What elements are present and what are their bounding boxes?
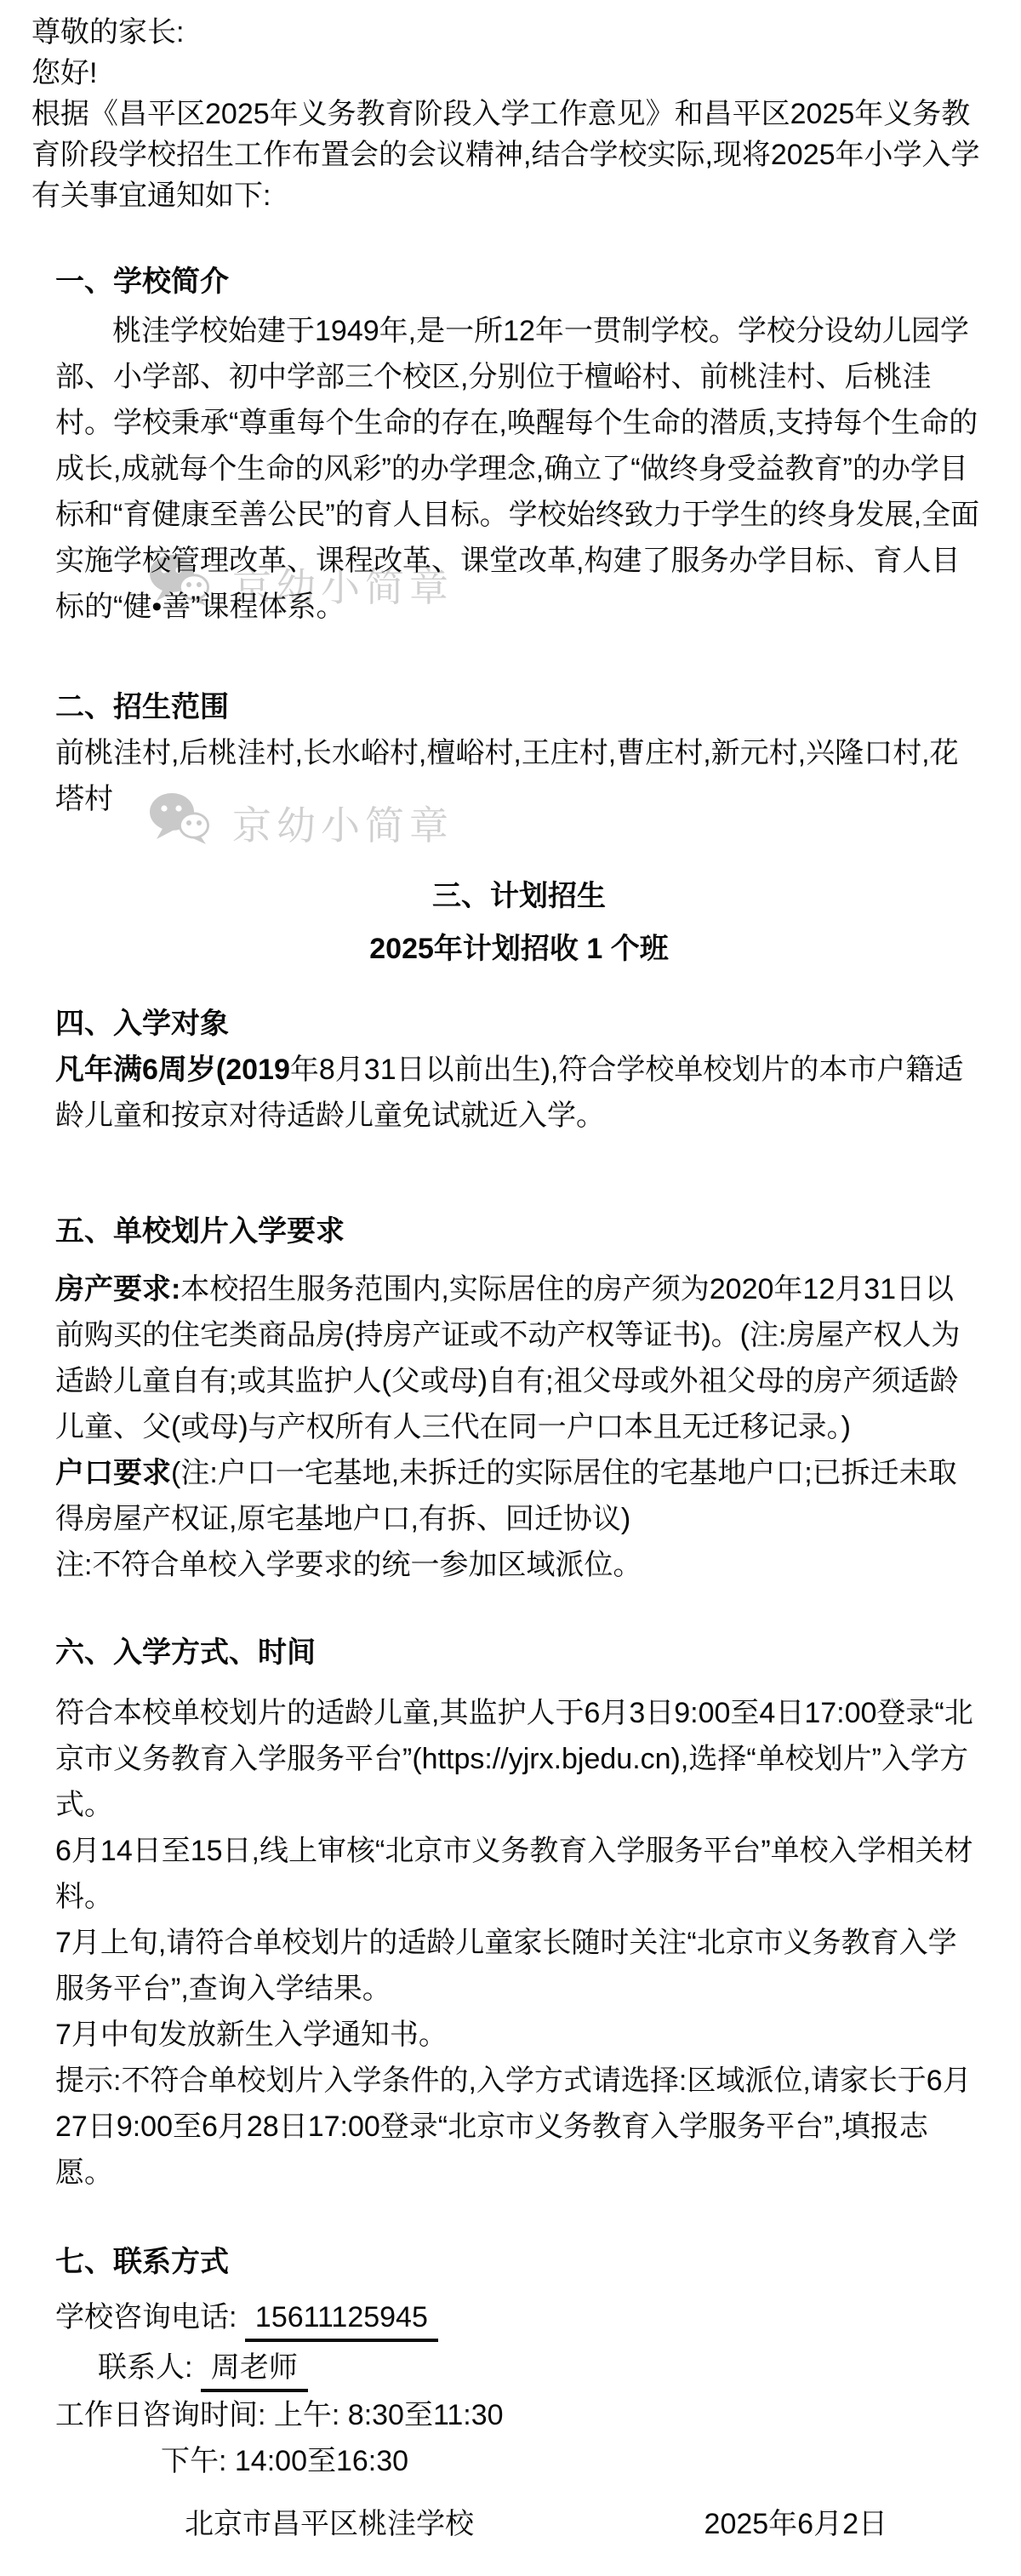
greeting: 您好! (31, 53, 990, 94)
section-heading-6: 六、入学方式、时间 (55, 1630, 983, 1676)
section-3-body: 2025年计划招收 1 个班 (55, 926, 983, 972)
notice-body: 一、学校简介 桃洼学校始建于1949年,是一所12年一贯制学校。学校分设幼儿园学… (0, 259, 1021, 2576)
property-requirement: 房产要求:本校招生服务范围内,实际居住的房产须为2020年12月31日以前购买的… (55, 1266, 983, 1450)
section-heading-5: 五、单校划片入学要求 (55, 1208, 983, 1254)
property-requirement-label: 房产要求: (55, 1273, 180, 1305)
contact-label: 联系人: (98, 2351, 192, 2384)
notice-document: 尊敬的家长: 您好! 根据《昌平区2025年义务教育阶段入学工作意见》和昌平区2… (0, 0, 1021, 2576)
enrollment-step-2: 6月14日至15日,线上审核“北京市义务教育入学服务平台”单校入学相关材料。 (55, 1828, 983, 1920)
section-heading-2: 二、招生范围 (55, 684, 983, 730)
section-heading-4: 四、入学对象 (55, 1001, 983, 1047)
section-heading-3: 三、计划招生 (55, 873, 983, 919)
age-requirement-bold: 凡年满6周岁(2019 (55, 1054, 290, 1086)
section-2-body: 前桃洼村,后桃洼村,长水峪村,檀峪村,王庄村,曹庄村,新元村,兴隆口村,花塔村 (55, 730, 983, 822)
enrollment-step-1: 符合本校单校划片的适龄儿童,其监护人于6月3日9:00至4日17:00登录“北京… (55, 1690, 983, 1828)
contact-line: 联系人: 周老师 (55, 2345, 983, 2392)
phone-number: 15611125945 (245, 2299, 438, 2342)
notice-date: 2025年6月2日 (704, 2501, 887, 2547)
hukou-requirement-text: (注:户口一宅基地,未拆迁的实际居住的宅基地户口;已拆迁未取得房屋产权证,原宅基… (55, 1457, 957, 1535)
school-name: 北京市昌平区桃洼学校 (185, 2501, 474, 2547)
salutation: 尊敬的家长: (31, 12, 990, 53)
hours-line-2: 下午: 14:00至16:30 (55, 2438, 983, 2484)
section-heading-1: 一、学校简介 (55, 259, 983, 305)
enrollment-step-4: 7月中旬发放新生入学通知书。 (55, 2012, 983, 2058)
enrollment-tip: 提示:不符合单校划片入学条件的,入学方式请选择:区域派位,请家长于6月27日9:… (55, 2058, 983, 2196)
phone-label: 学校咨询电话: (55, 2301, 237, 2333)
section-1-body: 桃洼学校始建于1949年,是一所12年一贯制学校。学校分设幼儿园学部、小学部、初… (55, 308, 983, 630)
section-5-note: 注:不符合单校入学要求的统一参加区域派位。 (55, 1542, 983, 1588)
contact-person: 周老师 (201, 2349, 308, 2392)
phone-line: 学校咨询电话: 15611125945 (55, 2294, 983, 2342)
intro-block: 尊敬的家长: 您好! 根据《昌平区2025年义务教育阶段入学工作意见》和昌平区2… (0, 0, 1021, 216)
signature-row: 北京市昌平区桃洼学校 2025年6月2日 (55, 2501, 983, 2547)
property-requirement-text: 本校招生服务范围内,实际居住的房产须为2020年12月31日以前购买的住宅类商品… (55, 1273, 960, 1443)
enrollment-step-3: 7月上旬,请符合单校划片的适龄儿童家长随时关注“北京市义务教育入学服务平台”,查… (55, 1920, 983, 2012)
hukou-requirement: 户口要求(注:户口一宅基地,未拆迁的实际居住的宅基地户口;已拆迁未取得房屋产权证… (55, 1450, 983, 1542)
section-4-body: 凡年满6周岁(2019年8月31日以前出生),符合学校单校划片的本市户籍适龄儿童… (55, 1047, 983, 1139)
hukou-requirement-label: 户口要求 (55, 1457, 171, 1489)
hours-line-1: 工作日咨询时间: 上午: 8:30至11:30 (55, 2392, 983, 2438)
intro-paragraph: 根据《昌平区2025年义务教育阶段入学工作意见》和昌平区2025年义务教育阶段学… (31, 94, 990, 216)
section-heading-7: 七、联系方式 (55, 2239, 983, 2285)
